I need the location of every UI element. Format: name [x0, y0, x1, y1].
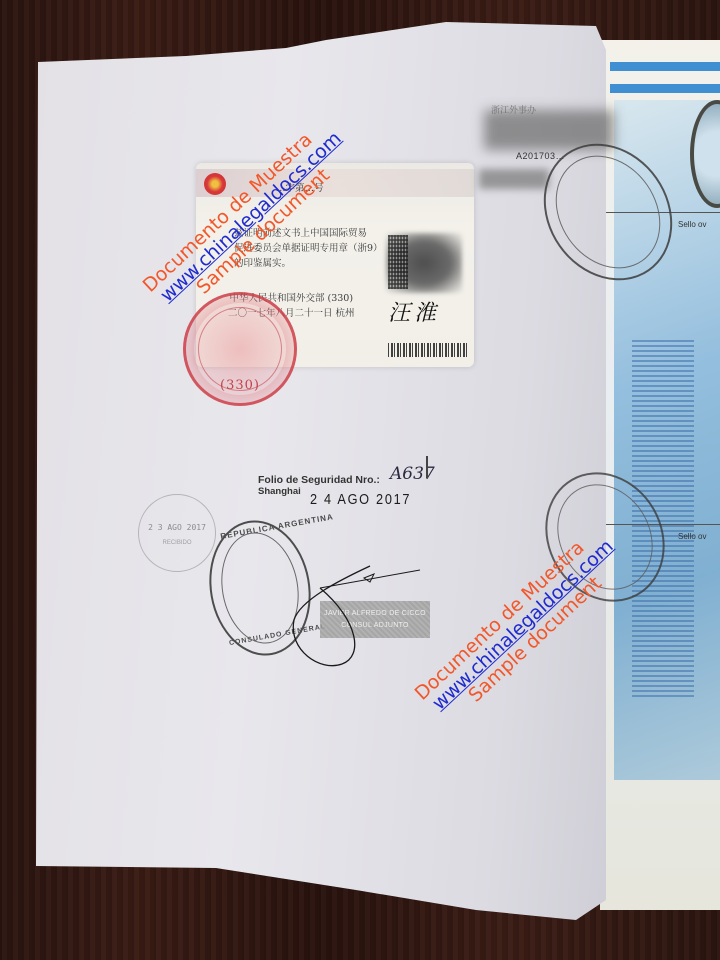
folio-city: Shanghai — [258, 486, 301, 497]
blue-stripe — [610, 84, 720, 93]
official-signature: 汪淮 — [388, 296, 440, 327]
received-date: 2 3 AGO 2017 — [139, 523, 215, 532]
consul-signature — [280, 560, 430, 680]
blue-stripe — [610, 62, 720, 71]
red-official-seal: (330) — [183, 292, 297, 406]
handwritten-mark — [426, 456, 428, 478]
qr-code-icon — [388, 235, 408, 289]
folio-date: 2 4 AGO 2017 — [310, 491, 411, 508]
barcode-icon — [388, 343, 468, 357]
received-stamp: 2 3 AGO 2017 RECIBIDO — [138, 494, 216, 572]
redacted-block — [479, 169, 549, 189]
sello-label: Sello ov — [678, 220, 706, 229]
folio-label: Folio de Seguridad Nro.: — [258, 474, 380, 486]
seal-number: (330) — [186, 378, 294, 393]
sello-label: Sello ov — [678, 532, 706, 541]
certificate-body-line: 的印鉴属实。 — [234, 256, 383, 271]
folio-number: A637 — [390, 464, 435, 484]
received-label: RECIBIDO — [139, 540, 215, 546]
china-national-emblem-icon — [204, 173, 226, 195]
